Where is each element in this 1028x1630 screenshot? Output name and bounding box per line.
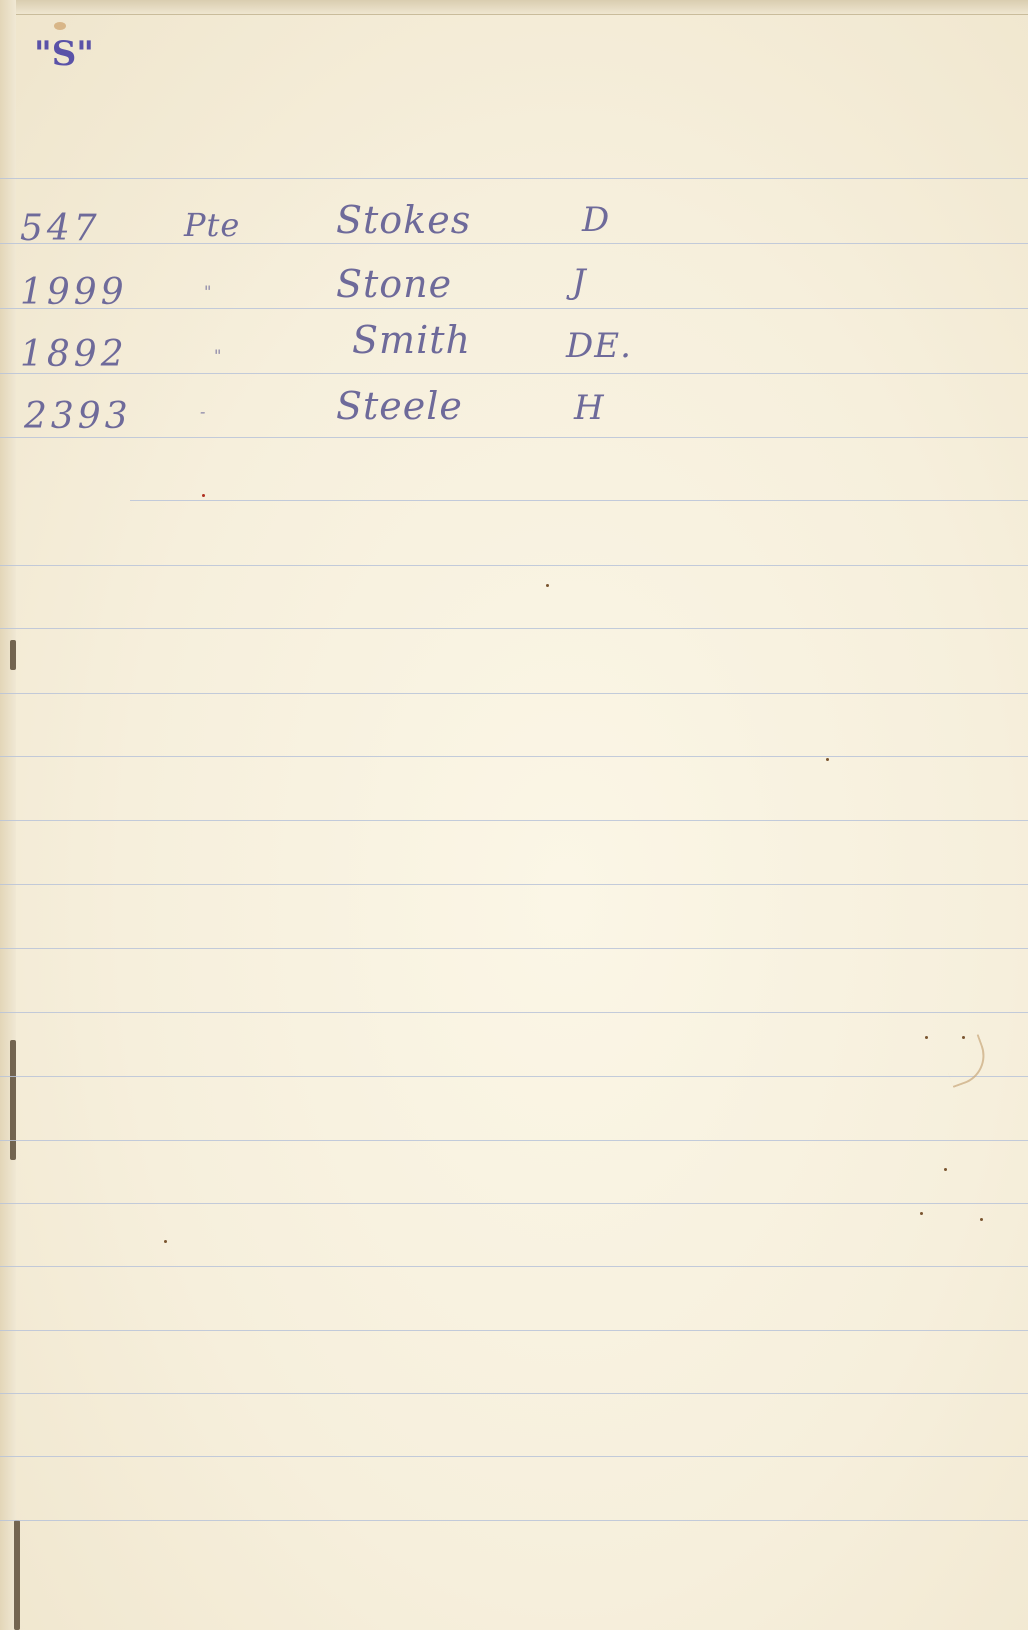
paper-speck xyxy=(164,1240,167,1243)
paper-speck xyxy=(546,584,549,587)
binding-stain xyxy=(10,640,16,670)
surname: Smith xyxy=(352,318,471,362)
initial: J xyxy=(572,262,587,302)
service-number: 1999 xyxy=(20,272,128,313)
surname: Stokes xyxy=(336,198,471,242)
rank: Pte xyxy=(184,206,240,244)
notebook-page: "S" 547 Pte Stokes D 1999 " Stone J 1892… xyxy=(0,0,1028,1630)
binding-edge xyxy=(0,0,16,1630)
paper-speck xyxy=(925,1036,928,1039)
surname: Steele xyxy=(336,384,463,428)
service-number: 1892 xyxy=(20,334,128,375)
section-heading: "S" xyxy=(34,34,94,74)
surname: Stone xyxy=(336,262,452,306)
rank-ditto: " xyxy=(214,346,222,365)
service-number: 2393 xyxy=(24,396,132,437)
paper-fiber xyxy=(939,1034,993,1088)
initial: H xyxy=(574,388,605,428)
paper-speck xyxy=(920,1212,923,1215)
paper-speck xyxy=(980,1218,983,1221)
rank-ditto: " xyxy=(204,282,212,301)
initial: DE. xyxy=(566,326,632,366)
binding-stain xyxy=(14,1520,20,1630)
binding-stain xyxy=(10,1040,16,1160)
paper-stain xyxy=(54,22,66,30)
initial: D xyxy=(582,200,610,240)
page-top-edge xyxy=(0,0,1028,15)
paper-speck xyxy=(944,1168,947,1171)
rank-ditto: - xyxy=(200,402,206,421)
paper-speck xyxy=(826,758,829,761)
service-number: 547 xyxy=(20,208,101,249)
paper-speck xyxy=(202,494,205,497)
